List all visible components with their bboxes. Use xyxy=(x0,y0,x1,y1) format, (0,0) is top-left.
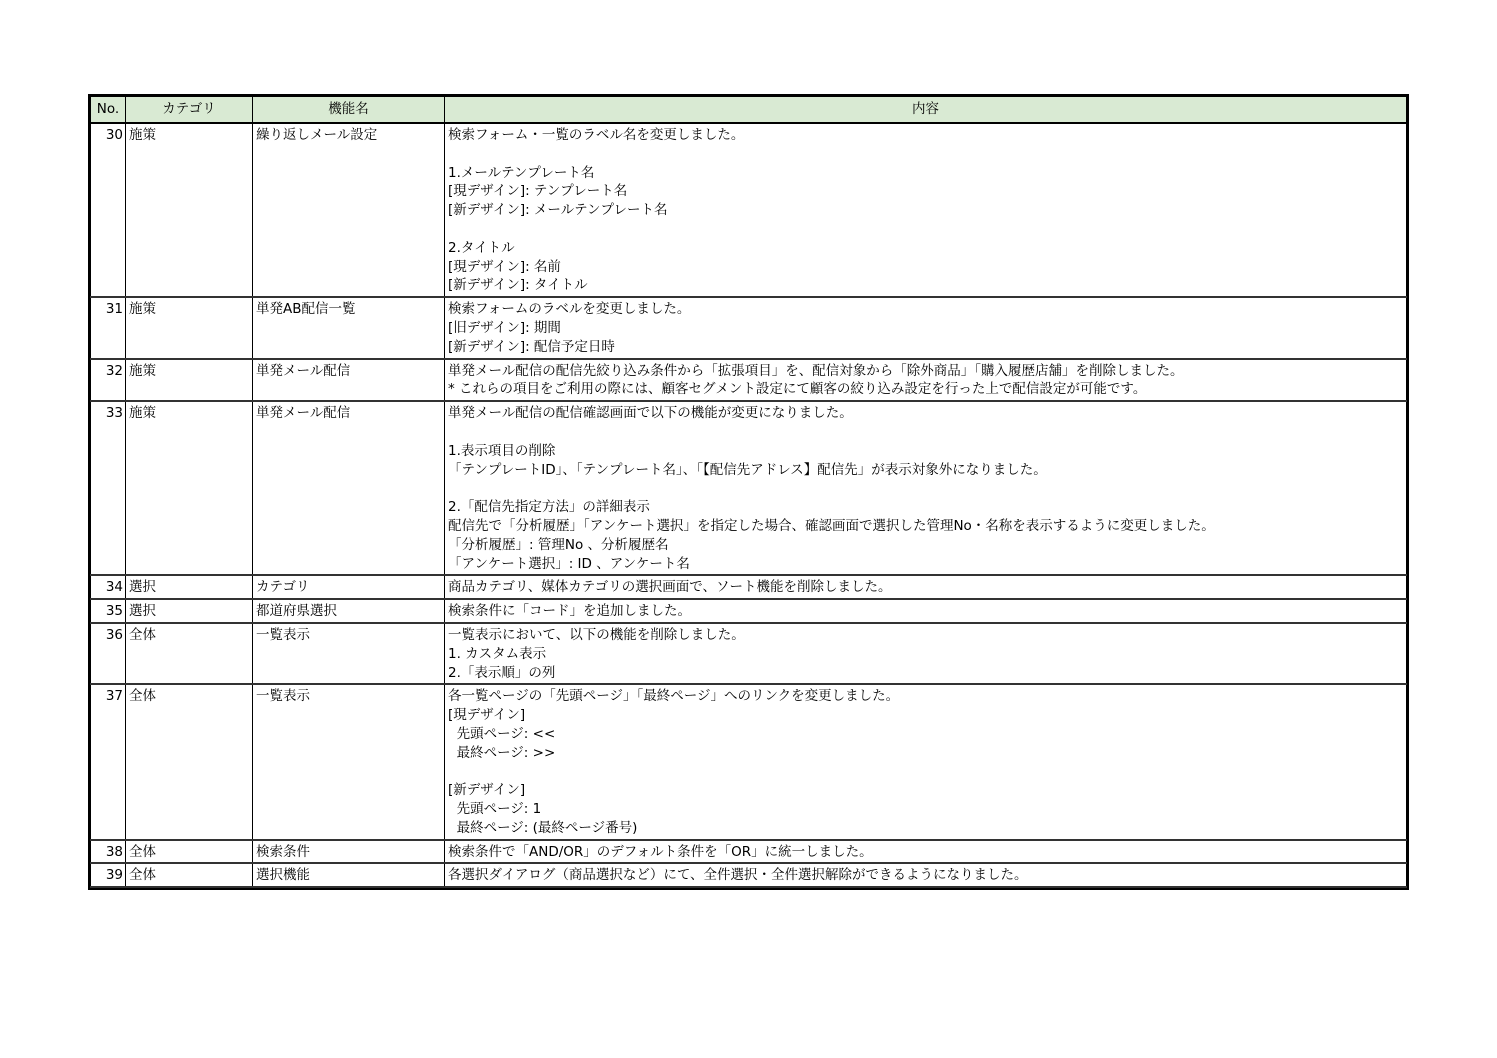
table-row: 38全体検索条件検索条件で「AND/OR」のデフォルト条件を「OR」に統一しまし… xyxy=(91,840,1407,864)
content-line: 検索条件に「コード」を追加しました。 xyxy=(448,602,1403,621)
content-line: 1. カスタム表示 xyxy=(448,645,1403,664)
change-log-table: No. カテゴリ 機能名 内容 30施策繰り返しメール設定検索フォーム・一覧のラ… xyxy=(88,94,1409,890)
row-category: 全体 xyxy=(126,840,253,864)
row-content: 検索条件で「AND/OR」のデフォルト条件を「OR」に統一しました。 xyxy=(445,840,1407,864)
header-no: No. xyxy=(91,97,126,124)
row-number: 33 xyxy=(91,401,126,575)
content-line xyxy=(448,479,1403,498)
table-row: 35選択都道府県選択検索条件に「コード」を追加しました。 xyxy=(91,599,1407,623)
table-row: 34選択カテゴリ商品カテゴリ、媒体カテゴリの選択画面で、ソート機能を削除しました… xyxy=(91,575,1407,599)
row-number: 32 xyxy=(91,359,126,402)
content-line: 一覧表示において、以下の機能を削除しました。 xyxy=(448,626,1403,645)
table-row: 32施策単発メール配信単発メール配信の配信先絞り込み条件から「拡張項目」を、配信… xyxy=(91,359,1407,402)
row-number: 37 xyxy=(91,684,126,839)
row-feature-name: 選択機能 xyxy=(253,863,445,887)
content-line xyxy=(448,423,1403,442)
row-content: 検索フォーム・一覧のラベル名を変更しました。1.メールテンプレート名[現デザイン… xyxy=(445,123,1407,297)
header-feature: 機能名 xyxy=(253,97,445,124)
content-line: [新デザイン] xyxy=(448,781,1403,800)
content-line: [現デザイン]: 名前 xyxy=(448,258,1403,277)
row-content: 各一覧ページの「先頭ページ」「最終ページ」へのリンクを変更しました。[現デザイン… xyxy=(445,684,1407,839)
content-line: 「テンプレートID」、「テンプレート名」、「【配信先アドレス】配信先」が表示対象… xyxy=(448,461,1403,480)
content-line: 「アンケート選択」: ID 、アンケート名 xyxy=(448,555,1403,574)
row-number: 31 xyxy=(91,297,126,358)
table-row: 39全体選択機能各選択ダイアログ（商品選択など）にて、全件選択・全件選択解除がで… xyxy=(91,863,1407,887)
row-content: 各選択ダイアログ（商品選択など）にて、全件選択・全件選択解除ができるようになりま… xyxy=(445,863,1407,887)
content-line: 先頭ページ: 1 xyxy=(448,800,1403,819)
row-category: 施策 xyxy=(126,297,253,358)
row-feature-name: 検索条件 xyxy=(253,840,445,864)
row-category: 施策 xyxy=(126,359,253,402)
content-line: [新デザイン]: メールテンプレート名 xyxy=(448,201,1403,220)
row-content: 検索条件に「コード」を追加しました。 xyxy=(445,599,1407,623)
content-line: 配信先で「分析履歴」「アンケート選択」を指定した場合、確認画面で選択した管理No… xyxy=(448,517,1403,536)
table-row: 33施策単発メール配信単発メール配信の配信確認画面で以下の機能が変更になりました… xyxy=(91,401,1407,575)
row-feature-name: 都道府県選択 xyxy=(253,599,445,623)
header-row: No. カテゴリ 機能名 内容 xyxy=(91,97,1407,124)
row-content: 商品カテゴリ、媒体カテゴリの選択画面で、ソート機能を削除しました。 xyxy=(445,575,1407,599)
row-category: 全体 xyxy=(126,863,253,887)
table-body: 30施策繰り返しメール設定検索フォーム・一覧のラベル名を変更しました。1.メール… xyxy=(91,123,1407,887)
content-line: 検索条件で「AND/OR」のデフォルト条件を「OR」に統一しました。 xyxy=(448,843,1403,862)
row-category: 選択 xyxy=(126,599,253,623)
table-row: 31施策単発AB配信一覧検索フォームのラベルを変更しました。[旧デザイン]: 期… xyxy=(91,297,1407,358)
row-category: 選択 xyxy=(126,575,253,599)
row-number: 38 xyxy=(91,840,126,864)
row-feature-name: カテゴリ xyxy=(253,575,445,599)
row-content: 検索フォームのラベルを変更しました。[旧デザイン]: 期間[新デザイン]: 配信… xyxy=(445,297,1407,358)
content-line: 先頭ページ: << xyxy=(448,725,1403,744)
row-feature-name: 単発AB配信一覧 xyxy=(253,297,445,358)
content-line: 単発メール配信の配信先絞り込み条件から「拡張項目」を、配信対象から「除外商品」「… xyxy=(448,362,1403,381)
row-feature-name: 単発メール配信 xyxy=(253,359,445,402)
row-feature-name: 一覧表示 xyxy=(253,623,445,684)
row-feature-name: 一覧表示 xyxy=(253,684,445,839)
content-line: 単発メール配信の配信確認画面で以下の機能が変更になりました。 xyxy=(448,404,1403,423)
row-number: 35 xyxy=(91,599,126,623)
row-feature-name: 繰り返しメール設定 xyxy=(253,123,445,297)
content-line: [旧デザイン]: 期間 xyxy=(448,319,1403,338)
content-line xyxy=(448,220,1403,239)
content-line: 最終ページ: >> xyxy=(448,744,1403,763)
content-line: 2.「配信先指定方法」の詳細表示 xyxy=(448,498,1403,517)
row-content: 一覧表示において、以下の機能を削除しました。1. カスタム表示2.「表示順」の列 xyxy=(445,623,1407,684)
content-line xyxy=(448,145,1403,164)
content-line: 1.表示項目の削除 xyxy=(448,442,1403,461)
content-line: 商品カテゴリ、媒体カテゴリの選択画面で、ソート機能を削除しました。 xyxy=(448,578,1403,597)
row-content: 単発メール配信の配信先絞り込み条件から「拡張項目」を、配信対象から「除外商品」「… xyxy=(445,359,1407,402)
row-number: 36 xyxy=(91,623,126,684)
row-content: 単発メール配信の配信確認画面で以下の機能が変更になりました。1.表示項目の削除「… xyxy=(445,401,1407,575)
content-line: 各一覧ページの「先頭ページ」「最終ページ」へのリンクを変更しました。 xyxy=(448,687,1403,706)
table-row: 37全体一覧表示各一覧ページの「先頭ページ」「最終ページ」へのリンクを変更しまし… xyxy=(91,684,1407,839)
content-line: [新デザイン]: タイトル xyxy=(448,276,1403,295)
row-feature-name: 単発メール配信 xyxy=(253,401,445,575)
row-category: 全体 xyxy=(126,623,253,684)
content-line: 検索フォームのラベルを変更しました。 xyxy=(448,300,1403,319)
content-line xyxy=(448,763,1403,782)
header-category: カテゴリ xyxy=(126,97,253,124)
row-number: 30 xyxy=(91,123,126,297)
row-number: 34 xyxy=(91,575,126,599)
row-number: 39 xyxy=(91,863,126,887)
content-line: 各選択ダイアログ（商品選択など）にて、全件選択・全件選択解除ができるようになりま… xyxy=(448,866,1403,885)
content-line: 1.メールテンプレート名 xyxy=(448,164,1403,183)
row-category: 全体 xyxy=(126,684,253,839)
content-line: [現デザイン]: テンプレート名 xyxy=(448,182,1403,201)
header-content: 内容 xyxy=(445,97,1407,124)
content-line: 2.「表示順」の列 xyxy=(448,664,1403,683)
table-row: 36全体一覧表示一覧表示において、以下の機能を削除しました。1. カスタム表示2… xyxy=(91,623,1407,684)
content-line: 検索フォーム・一覧のラベル名を変更しました。 xyxy=(448,126,1403,145)
content-line: [新デザイン]: 配信予定日時 xyxy=(448,338,1403,357)
content-line: 最終ページ: (最終ページ番号) xyxy=(448,819,1403,838)
row-category: 施策 xyxy=(126,401,253,575)
content-line: 「分析履歴」: 管理No 、分析履歴名 xyxy=(448,536,1403,555)
content-line: [現デザイン] xyxy=(448,706,1403,725)
row-category: 施策 xyxy=(126,123,253,297)
content-line: 2.タイトル xyxy=(448,239,1403,258)
content-line: * これらの項目をご利用の際には、顧客セグメント設定にて顧客の絞り込み設定を行っ… xyxy=(448,380,1403,399)
table-row: 30施策繰り返しメール設定検索フォーム・一覧のラベル名を変更しました。1.メール… xyxy=(91,123,1407,297)
